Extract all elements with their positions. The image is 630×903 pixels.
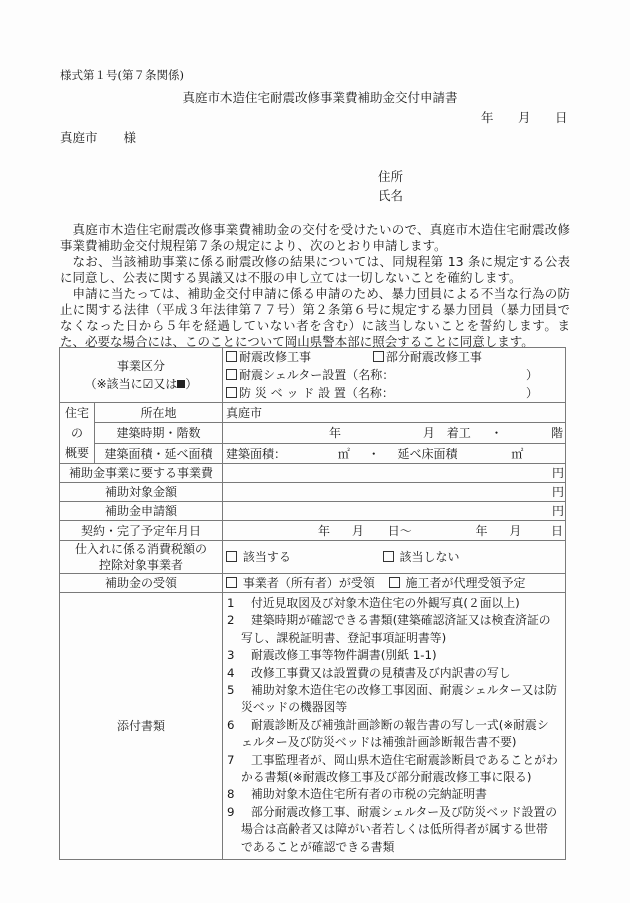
checkbox-icon[interactable] (383, 551, 394, 562)
row-construction-period: 建築時期・階数 年 月 着工 ・ 階 (60, 423, 566, 444)
form-number: 様式第１号(第７条関係) (60, 67, 184, 83)
option-disaster-bed[interactable]: 防 災 ベ ッ ド 設 置（名称： ） (226, 384, 562, 402)
construction-period-field[interactable]: 年 月 着工 ・ 階 (223, 423, 566, 444)
attachment-item-4: 4改修工事費又は設置費の見積書及び内訳書の写し (227, 665, 563, 682)
checkbox-icon[interactable] (373, 351, 384, 362)
location-field[interactable]: 真庭市 (223, 403, 566, 423)
statement-paragraph-1: 真庭市木造住宅耐震改修事業費補助金の交付を受けたいので、真庭市木造住宅耐震改修事… (60, 222, 570, 254)
checkbox-icon[interactable] (226, 577, 237, 588)
floor-area-field[interactable]: 建築面積： ㎡ ・ 延べ床面積 ㎡ (223, 444, 566, 464)
location-label: 所在地 (95, 403, 223, 423)
row-schedule: 契約・完了予定年月日 年 月 日～ 年 月 日 (60, 521, 566, 541)
applicant-name-label: 氏名 (378, 186, 403, 204)
applicant-address-label: 住所 (378, 167, 403, 185)
option-partial-retrofit[interactable]: 部分耐震改修工事 (373, 350, 482, 364)
row-floor-area: 建築面積・延べ面積 建築面積： ㎡ ・ 延べ床面積 ㎡ (60, 444, 566, 464)
row-subsidy-receipt: 補助金の受領 事業者（所有者）が受領 施工者が代理受領予定 (60, 574, 566, 593)
attachment-item-9: 9部分耐震改修工事、耐震シェルター及び防災ベッド設置の (227, 804, 563, 821)
project-type-note: （※該当に☑又は） (63, 375, 219, 393)
request-amount-field[interactable]: 円 (223, 502, 566, 521)
checkbox-icon[interactable] (226, 551, 237, 562)
attachment-item-3: 3耐震改修工事等物件調書(別紙 1-1) (227, 647, 563, 664)
option-owner-receives[interactable]: 事業者（所有者）が受領 (226, 576, 375, 590)
subsidy-receipt-label: 補助金の受領 (60, 574, 223, 593)
addressee-honorific: 様 (124, 130, 137, 145)
attachments-label: 添付書類 (60, 593, 223, 860)
row-location: 住宅 の 概要 所在地 真庭市 (60, 403, 566, 423)
checkbox-icon[interactable] (389, 577, 400, 588)
application-form-table: 事業区分 （※該当に☑又は） 耐震改修工事 部分耐震改修工事 耐震シェルター設置… (59, 347, 566, 860)
document-title: 真庭市木造住宅耐震改修事業費補助金交付申請書 (0, 88, 630, 106)
row-attachments: 添付書類 1付近見取図及び対象木造住宅の外観写真(２面以上) 2建築時期が確認で… (60, 593, 566, 860)
project-type-label: 事業区分 (63, 357, 219, 375)
request-amount-label: 補助金申請額 (60, 502, 223, 521)
attachment-item-8: 8補助対象木造住宅所有者の市税の完納証明書 (227, 786, 563, 803)
checkbox-icon[interactable] (226, 351, 237, 362)
checkbox-icon[interactable] (226, 369, 237, 380)
option-tax-applicable[interactable]: 該当する (226, 550, 291, 564)
attachment-item-7: 7工事監理者が、岡山県木造住宅耐震診断員であることがわ (227, 752, 563, 769)
option-tax-not-applicable[interactable]: 該当しない (383, 550, 460, 564)
row-request-amount: 補助金申請額 円 (60, 502, 566, 521)
consumption-tax-options: 該当する 該当しない (223, 541, 566, 574)
row-project-cost: 補助金事業に要する事業費 円 (60, 464, 566, 483)
checkbox-icon[interactable] (226, 387, 237, 398)
consumption-tax-label: 仕入れに係る消費税額の 控除対象事業者 (60, 541, 223, 574)
attachment-item-6: 6耐震診断及び補強計画診断の報告書の写し一式(※耐震シ (227, 717, 563, 734)
option-shelter[interactable]: 耐震シェルター設置（名称： ） (226, 366, 562, 384)
addressee-name: 真庭市 (60, 130, 98, 145)
house-overview-label: 住宅 の 概要 (60, 403, 95, 464)
attachment-item-2: 2建築時期が確認できる書類(建築確認済証又は検査済証の (227, 612, 563, 629)
row-eligible-amount: 補助対象金額 円 (60, 483, 566, 502)
eligible-amount-label: 補助対象金額 (60, 483, 223, 502)
date-year-label: 年 (481, 108, 494, 126)
application-statement: 真庭市木造住宅耐震改修事業費補助金の交付を受けたいので、真庭市木造住宅耐震改修事… (60, 222, 570, 350)
attachment-item-5: 5補助対象木造住宅の改修工事図面、耐震シェルター又は防 (227, 682, 563, 699)
option-seismic-retrofit[interactable]: 耐震改修工事 (226, 350, 311, 364)
statement-paragraph-2: なお、当該補助事業に係る耐震改修の結果については、同規程第 13 条に規定する公… (60, 254, 570, 286)
floor-area-label: 建築面積・延べ面積 (95, 444, 223, 464)
construction-period-label: 建築時期・階数 (95, 423, 223, 444)
option-contractor-receives[interactable]: 施工者が代理受領予定 (389, 576, 526, 590)
schedule-field[interactable]: 年 月 日～ 年 月 日 (223, 521, 566, 541)
row-project-type: 事業区分 （※該当に☑又は） 耐震改修工事 部分耐震改修工事 耐震シェルター設置… (60, 348, 566, 403)
project-type-label-cell: 事業区分 （※該当に☑又は） (60, 348, 223, 403)
date-day-label: 日 (555, 108, 568, 126)
schedule-label: 契約・完了予定年月日 (60, 521, 223, 541)
row-consumption-tax: 仕入れに係る消費税額の 控除対象事業者 該当する 該当しない (60, 541, 566, 574)
project-cost-field[interactable]: 円 (223, 464, 566, 483)
project-cost-label: 補助金事業に要する事業費 (60, 464, 223, 483)
attachment-item-1: 1付近見取図及び対象木造住宅の外観写真(２面以上) (227, 595, 563, 612)
addressee: 真庭市様 (60, 128, 136, 146)
date-month-label: 月 (518, 108, 531, 126)
statement-paragraph-3: 申請に当たっては、補助金交付申請に係る申請のため、暴力団員による不当な行為の防止… (60, 286, 570, 350)
attachments-list: 1付近見取図及び対象木造住宅の外観写真(２面以上) 2建築時期が確認できる書類(… (223, 593, 566, 860)
project-type-options: 耐震改修工事 部分耐震改修工事 耐震シェルター設置（名称： ） 防 災 ベ ッ … (223, 348, 566, 403)
subsidy-receipt-options: 事業者（所有者）が受領 施工者が代理受領予定 (223, 574, 566, 593)
eligible-amount-field[interactable]: 円 (223, 483, 566, 502)
